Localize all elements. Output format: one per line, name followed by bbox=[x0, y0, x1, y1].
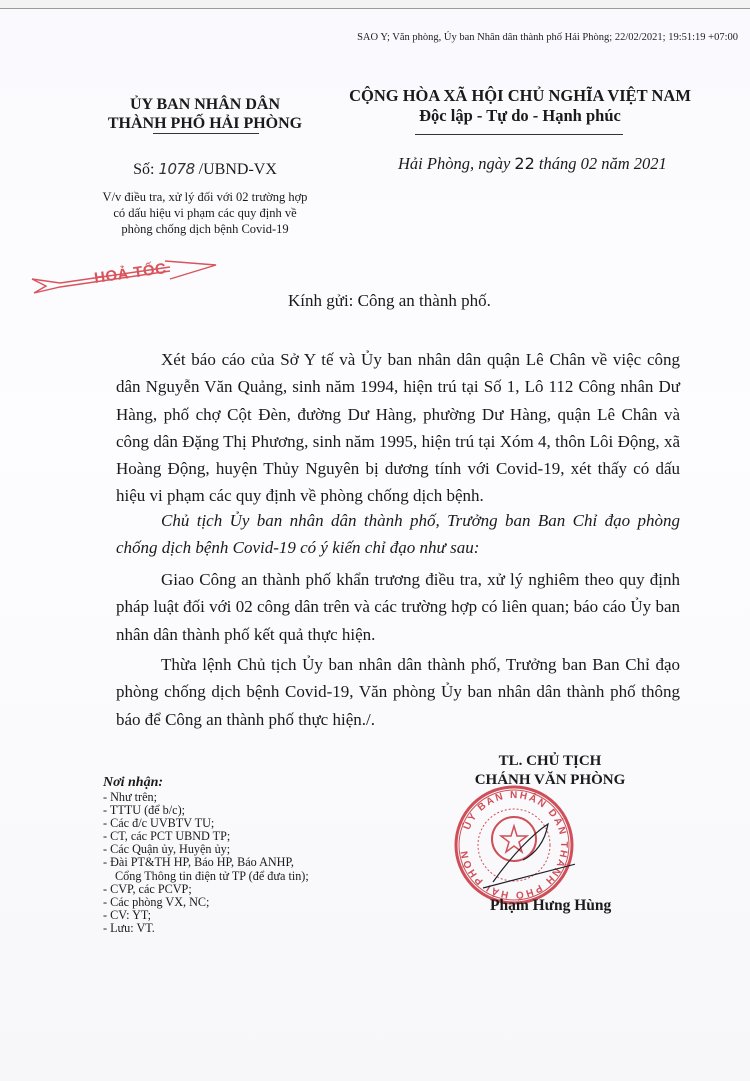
recipients-list: - Như trên; - TTTU (để b/c); - Các đ/c U… bbox=[103, 791, 309, 935]
date-day: 22 bbox=[514, 154, 534, 173]
document-subject: V/v điều tra, xử lý đối với 02 trường hợ… bbox=[70, 189, 340, 237]
date-suffix: tháng 02 năm 2021 bbox=[535, 154, 667, 173]
nation-line-2: Độc lập - Tự do - Hạnh phúc bbox=[340, 106, 700, 126]
official-seal-icon: ỦY BAN NHÂN DÂN THÀNH PHỐ HẢI PHÒNG bbox=[453, 784, 575, 906]
nation-underline bbox=[415, 134, 623, 135]
certification-line: SAO Y; Văn phòng, Ủy ban Nhân dân thành … bbox=[0, 32, 738, 43]
list-item: - CV: YT; bbox=[103, 909, 309, 922]
issuer-line-1: ỦY BAN NHÂN DÂN bbox=[70, 95, 340, 114]
document-number-value: 1078 bbox=[158, 160, 194, 178]
subject-line: V/v điều tra, xử lý đối với 02 trường hợ… bbox=[70, 189, 340, 205]
viewer-top-bar bbox=[0, 0, 750, 9]
document-number-prefix: Số: bbox=[133, 161, 158, 178]
body-paragraph-4: Thừa lệnh Chủ tịch Ủy ban nhân dân thành… bbox=[116, 651, 680, 733]
list-item: Cổng Thông tin điện tử TP (để đưa tin); bbox=[103, 870, 309, 883]
nation-line-1: CỘNG HÒA XÃ HỘI CHỦ NGHĨA VIỆT NAM bbox=[340, 86, 700, 106]
recipient-line: Kính gửi: Công an thành phố. bbox=[288, 291, 491, 311]
list-item: - Lưu: VT. bbox=[103, 922, 309, 935]
date-prefix: Hải Phòng, ngày bbox=[398, 154, 514, 173]
national-header: CỘNG HÒA XÃ HỘI CHỦ NGHĨA VIỆT NAM Độc l… bbox=[340, 86, 700, 126]
issuer-underline bbox=[153, 133, 259, 134]
signer-name: Phạm Hưng Hùng bbox=[490, 897, 611, 915]
document-date: Hải Phòng, ngày 22 tháng 02 năm 2021 bbox=[398, 154, 667, 174]
document-number-suffix: /UBND-VX bbox=[195, 161, 277, 178]
list-item: - Các phòng VX, NC; bbox=[103, 896, 309, 909]
paragraph-text: Chủ tịch Ủy ban nhân dân thành phố, Trưở… bbox=[116, 511, 680, 557]
document-number: Số: 1078 /UBND-VX bbox=[70, 160, 340, 179]
paragraph-text: Thừa lệnh Chủ tịch Ủy ban nhân dân thành… bbox=[116, 655, 680, 729]
list-item: - CVP, các PCVP; bbox=[103, 883, 309, 896]
urgent-stamp: HOẢ TỐC bbox=[30, 257, 230, 297]
issuing-authority: ỦY BAN NHÂN DÂN THÀNH PHỐ HẢI PHÒNG bbox=[70, 95, 340, 133]
paragraph-text: Giao Công an thành phố khẩn trương điều … bbox=[116, 570, 680, 644]
body-paragraph-1: Xét báo cáo của Sở Y tế và Ủy ban nhân d… bbox=[116, 346, 680, 510]
list-item: - Đài PT&TH HP, Báo HP, Báo ANHP, bbox=[103, 856, 309, 869]
subject-line: có dấu hiệu vi phạm các quy định về bbox=[70, 205, 340, 221]
issuer-line-2: THÀNH PHỐ HẢI PHÒNG bbox=[70, 114, 340, 133]
body-paragraph-2: Chủ tịch Ủy ban nhân dân thành phố, Trưở… bbox=[116, 507, 680, 562]
subject-line: phòng chống dịch bệnh Covid-19 bbox=[70, 221, 340, 237]
recipients-title: Nơi nhận: bbox=[103, 775, 163, 791]
body-paragraph-3: Giao Công an thành phố khẩn trương điều … bbox=[116, 566, 680, 648]
signature-title-line-1: TL. CHỦ TỊCH bbox=[440, 752, 660, 771]
paragraph-text: Xét báo cáo của Sở Y tế và Ủy ban nhân d… bbox=[116, 350, 680, 505]
document-page: SAO Y; Văn phòng, Ủy ban Nhân dân thành … bbox=[0, 9, 750, 1081]
